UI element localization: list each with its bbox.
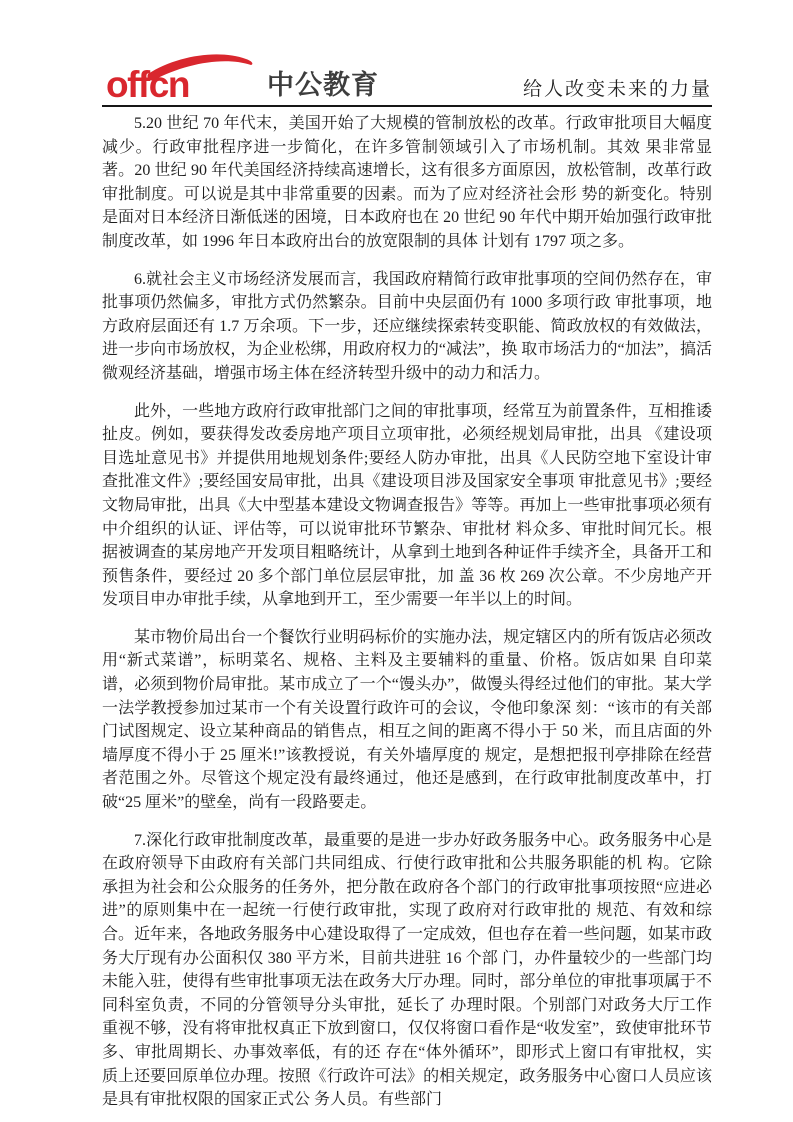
offcn-logo-wordmark-icon: offcn <box>106 52 258 102</box>
paragraph-item-5: 5.20 世纪 70 年代末，美国开始了大规模的管制放松的改革。行政审批项目大幅… <box>102 112 712 254</box>
svg-text:offcn: offcn <box>106 64 189 102</box>
offcn-logo: offcn 中公教育 <box>106 52 379 102</box>
content-column: offcn 中公教育 给人改变未来的力量 5.20 世纪 70 年代末，美国开始… <box>0 0 793 1112</box>
page-header: offcn 中公教育 给人改变未来的力量 <box>102 0 712 107</box>
document-page: offcn 中公教育 给人改变未来的力量 5.20 世纪 70 年代末，美国开始… <box>0 0 793 1122</box>
paragraph-example-approvals: 此外，一些地方政府行政审批部门之间的审批事项，经常互为前置条件，互相推诿扯皮。例… <box>102 400 712 612</box>
logo-cn-text: 中公教育 <box>267 72 379 102</box>
document-body: 5.20 世纪 70 年代末，美国开始了大规模的管制放松的改革。行政审批项目大幅… <box>102 107 712 1112</box>
header-tagline: 给人改变未来的力量 <box>523 74 712 102</box>
paragraph-item-6: 6.就社会主义市场经济发展而言，我国政府精简行政审批事项的空间仍然存在，审批事项… <box>102 268 712 386</box>
paragraph-item-7: 7.深化行政审批制度改革，最重要的是进一步办好政务服务中心。政务服务中心是在政府… <box>102 829 712 1112</box>
paragraph-price-bureau-case: 某市物价局出台一个餐饮行业明码标价的实施办法，规定辖区内的所有饭店必须改用“新式… <box>102 626 712 815</box>
